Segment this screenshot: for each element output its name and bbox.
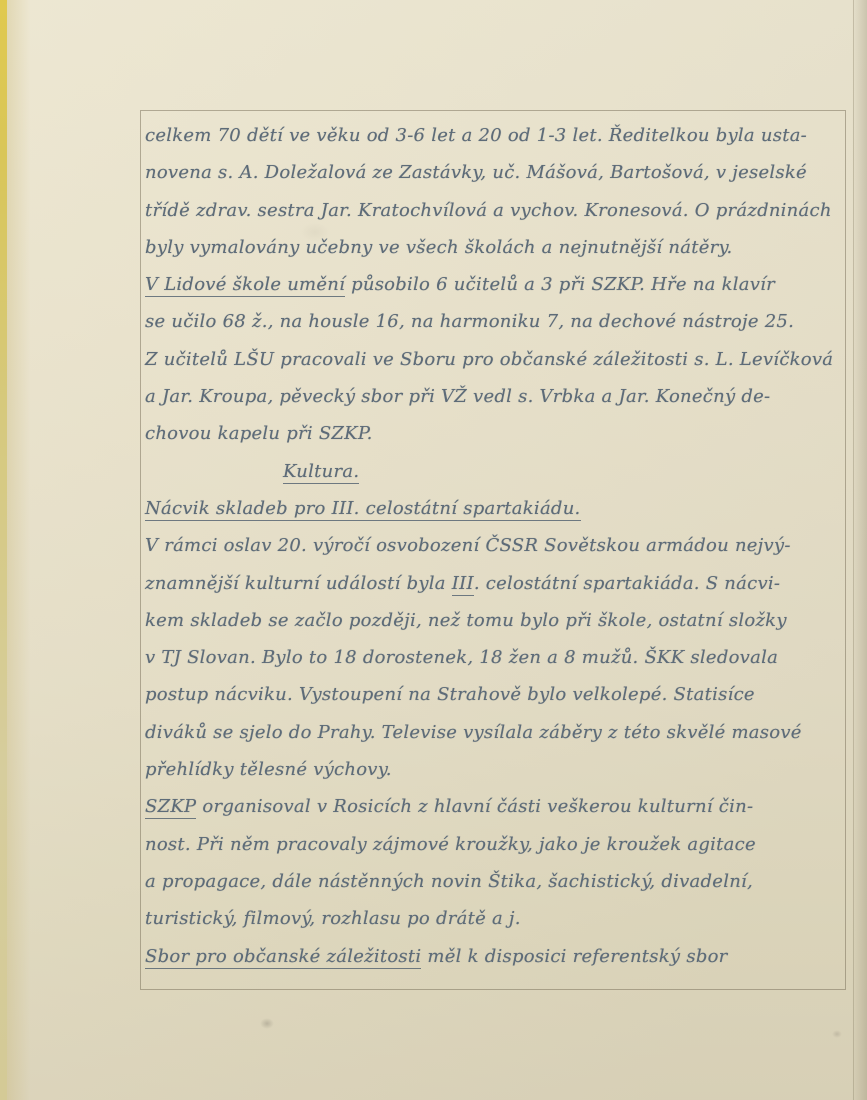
chronicle-page: celkem 70 dětí ve věku od 3-6 let a 20 o… bbox=[0, 0, 867, 1100]
handwritten-line-15: v TJ Slovan. Bylo to 18 dorostenek, 18 ž… bbox=[145, 639, 845, 676]
underlined-text-segment: Kultura. bbox=[283, 461, 359, 484]
text-segment: kem skladeb se začlo později, než tomu b… bbox=[145, 610, 787, 631]
handwritten-line-18: přehlídky tělesné výchovy. bbox=[145, 751, 845, 788]
handwritten-line-2: novena s. A. Doležalová ze Zastávky, uč.… bbox=[145, 154, 845, 191]
text-segment: . celostátní spartakiáda. S nácvi- bbox=[474, 573, 780, 594]
handwritten-line-4: byly vymalovány učebny ve všech školách … bbox=[145, 229, 845, 266]
text-segment: organisoval v Rosicích z hlavní části ve… bbox=[196, 796, 753, 817]
text-segment: znamnější kulturní událostí byla bbox=[145, 573, 452, 594]
handwritten-line-21: a propagace, dále nástěnných novin Štika… bbox=[145, 863, 845, 900]
text-segment: chovou kapelu při SZKP. bbox=[145, 423, 373, 444]
text-block: celkem 70 dětí ve věku od 3-6 let a 20 o… bbox=[145, 117, 845, 975]
underlined-text-segment: SZKP bbox=[145, 796, 196, 819]
text-segment: v TJ Slovan. Bylo to 18 dorostenek, 18 ž… bbox=[145, 647, 778, 668]
text-segment: a propagace, dále nástěnných novin Štika… bbox=[145, 871, 753, 892]
handwritten-line-12: V rámci oslav 20. výročí osvobození ČSSR… bbox=[145, 527, 845, 564]
page-right-edge bbox=[852, 0, 867, 1100]
paper-smudge bbox=[260, 1018, 274, 1029]
text-segment: byly vymalovány učebny ve všech školách … bbox=[145, 237, 732, 258]
handwritten-line-9: chovou kapelu při SZKP. bbox=[145, 415, 845, 452]
text-segment: Z učitelů LŠU pracovali ve Sboru pro obč… bbox=[145, 349, 833, 370]
text-segment: a Jar. Kroupa, pěvecký sbor při VŽ vedl … bbox=[145, 386, 770, 407]
underlined-text-segment: Nácvik skladeb pro III. celostátní spart… bbox=[145, 498, 581, 521]
underlined-text-segment: Sbor pro občanské záležitosti bbox=[145, 946, 421, 969]
text-segment: celkem 70 dětí ve věku od 3-6 let a 20 o… bbox=[145, 125, 807, 146]
handwritten-line-3: třídě zdrav. sestra Jar. Kratochvílová a… bbox=[145, 192, 845, 229]
book-edge-shadow bbox=[7, 0, 33, 1100]
text-segment: přehlídky tělesné výchovy. bbox=[145, 759, 392, 780]
handwritten-line-11: Nácvik skladeb pro III. celostátní spart… bbox=[145, 490, 845, 527]
handwritten-line-7: Z učitelů LŠU pracovali ve Sboru pro obč… bbox=[145, 341, 845, 378]
underlined-text-segment: III bbox=[452, 573, 474, 596]
handwritten-line-23: Sbor pro občanské záležitosti měl k disp… bbox=[145, 938, 845, 975]
page-right-edge-line bbox=[853, 0, 854, 1100]
handwritten-line-22: turistický, filmový, rozhlasu po drátě a… bbox=[145, 900, 845, 937]
underlined-text-segment: V Lidové škole umění bbox=[145, 274, 345, 297]
book-edge-strip bbox=[0, 0, 7, 1100]
text-segment: postup nácviku. Vystoupení na Strahově b… bbox=[145, 684, 755, 705]
handwritten-line-20: nost. Při něm pracovaly zájmové kroužky,… bbox=[145, 826, 845, 863]
handwritten-line-14: kem skladeb se začlo později, než tomu b… bbox=[145, 602, 845, 639]
handwritten-line-8: a Jar. Kroupa, pěvecký sbor při VŽ vedl … bbox=[145, 378, 845, 415]
handwritten-line-17: diváků se sjelo do Prahy. Televise vysíl… bbox=[145, 714, 845, 751]
text-segment: nost. Při něm pracovaly zájmové kroužky,… bbox=[145, 834, 756, 855]
text-segment: se učilo 68 ž., na housle 16, na harmoni… bbox=[145, 311, 794, 332]
text-segment: turistický, filmový, rozhlasu po drátě a… bbox=[145, 908, 521, 929]
handwritten-line-1: celkem 70 dětí ve věku od 3-6 let a 20 o… bbox=[145, 117, 845, 154]
handwritten-line-19: SZKP organisoval v Rosicích z hlavní čás… bbox=[145, 788, 845, 825]
text-segment: třídě zdrav. sestra Jar. Kratochvílová a… bbox=[145, 200, 832, 221]
text-segment: novena s. A. Doležalová ze Zastávky, uč.… bbox=[145, 162, 807, 183]
text-segment: diváků se sjelo do Prahy. Televise vysíl… bbox=[145, 722, 802, 743]
text-segment: V rámci oslav 20. výročí osvobození ČSSR… bbox=[145, 535, 791, 556]
handwritten-line-13: znamnější kulturní událostí byla III. ce… bbox=[145, 565, 845, 602]
handwritten-line-5: V Lidové škole umění působilo 6 učitelů … bbox=[145, 266, 845, 303]
paper-smudge bbox=[832, 1030, 842, 1038]
section-heading: Kultura. bbox=[145, 453, 845, 490]
handwritten-line-6: se učilo 68 ž., na housle 16, na harmoni… bbox=[145, 303, 845, 340]
text-segment: měl k disposici referentský sbor bbox=[421, 946, 727, 967]
handwritten-line-16: postup nácviku. Vystoupení na Strahově b… bbox=[145, 676, 845, 713]
text-segment: působilo 6 učitelů a 3 při SZKP. Hře na … bbox=[345, 274, 775, 295]
